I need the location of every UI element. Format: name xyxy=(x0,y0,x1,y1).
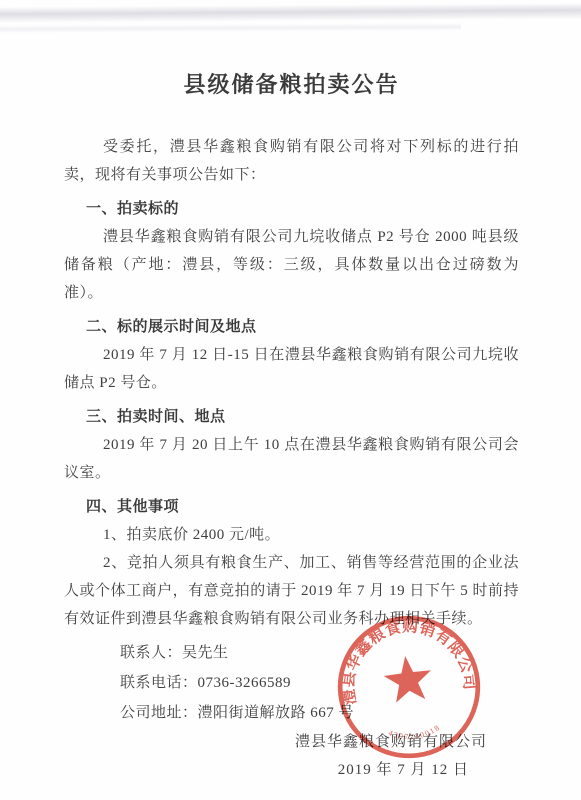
document-title: 县级储备粮拍卖公告 xyxy=(64,70,519,100)
section-4-heading: 四、其他事项 xyxy=(64,493,519,521)
section-3-paragraph: 2019 年 7 月 20 日上午 10 点在澧县华鑫粮食购销有限公司会议室。 xyxy=(64,431,519,487)
section-2-heading: 二、标的展示时间及地点 xyxy=(64,313,519,341)
contact-phone-label: 联系电话： xyxy=(120,675,198,691)
company-seal-stamp: 澧县华鑫粮食购销有限公司 4307230018 xyxy=(328,606,491,769)
seal-code-text: 4307230018 xyxy=(386,722,443,744)
intro-paragraph: 受委托，澧县华鑫粮食购销有限公司将对下列标的进行拍卖，现将有关事项公告如下： xyxy=(64,133,519,189)
contact-person-value: 吴先生 xyxy=(182,645,229,661)
section-4-item-1: 1、拍卖底价 2400 元/吨。 xyxy=(64,521,519,549)
section-1-heading: 一、拍卖标的 xyxy=(64,195,519,223)
contact-address-value: 澧阳街道解放路 667 号 xyxy=(198,705,355,721)
section-3-heading: 三、拍卖时间、地点 xyxy=(64,403,519,431)
section-1-paragraph: 澧县华鑫粮食购销有限公司九垸收储点 P2 号仓 2000 吨县级储备粮（产地：澧… xyxy=(64,223,519,307)
signature-date: 2019 年 7 月 12 日 xyxy=(64,756,519,784)
section-2-paragraph: 2019 年 7 月 12 日-15 日在澧县华鑫粮食购销有限公司九垸收储点 P… xyxy=(64,341,519,397)
contact-address-label: 公司地址： xyxy=(120,705,198,721)
seal-star-icon xyxy=(382,653,435,704)
contact-person-label: 联系人： xyxy=(120,645,182,661)
contact-phone-value: 0736-3266589 xyxy=(198,675,292,691)
document-page: 县级储备粮拍卖公告 受委托，澧县华鑫粮食购销有限公司将对下列标的进行拍卖，现将有… xyxy=(0,0,581,800)
